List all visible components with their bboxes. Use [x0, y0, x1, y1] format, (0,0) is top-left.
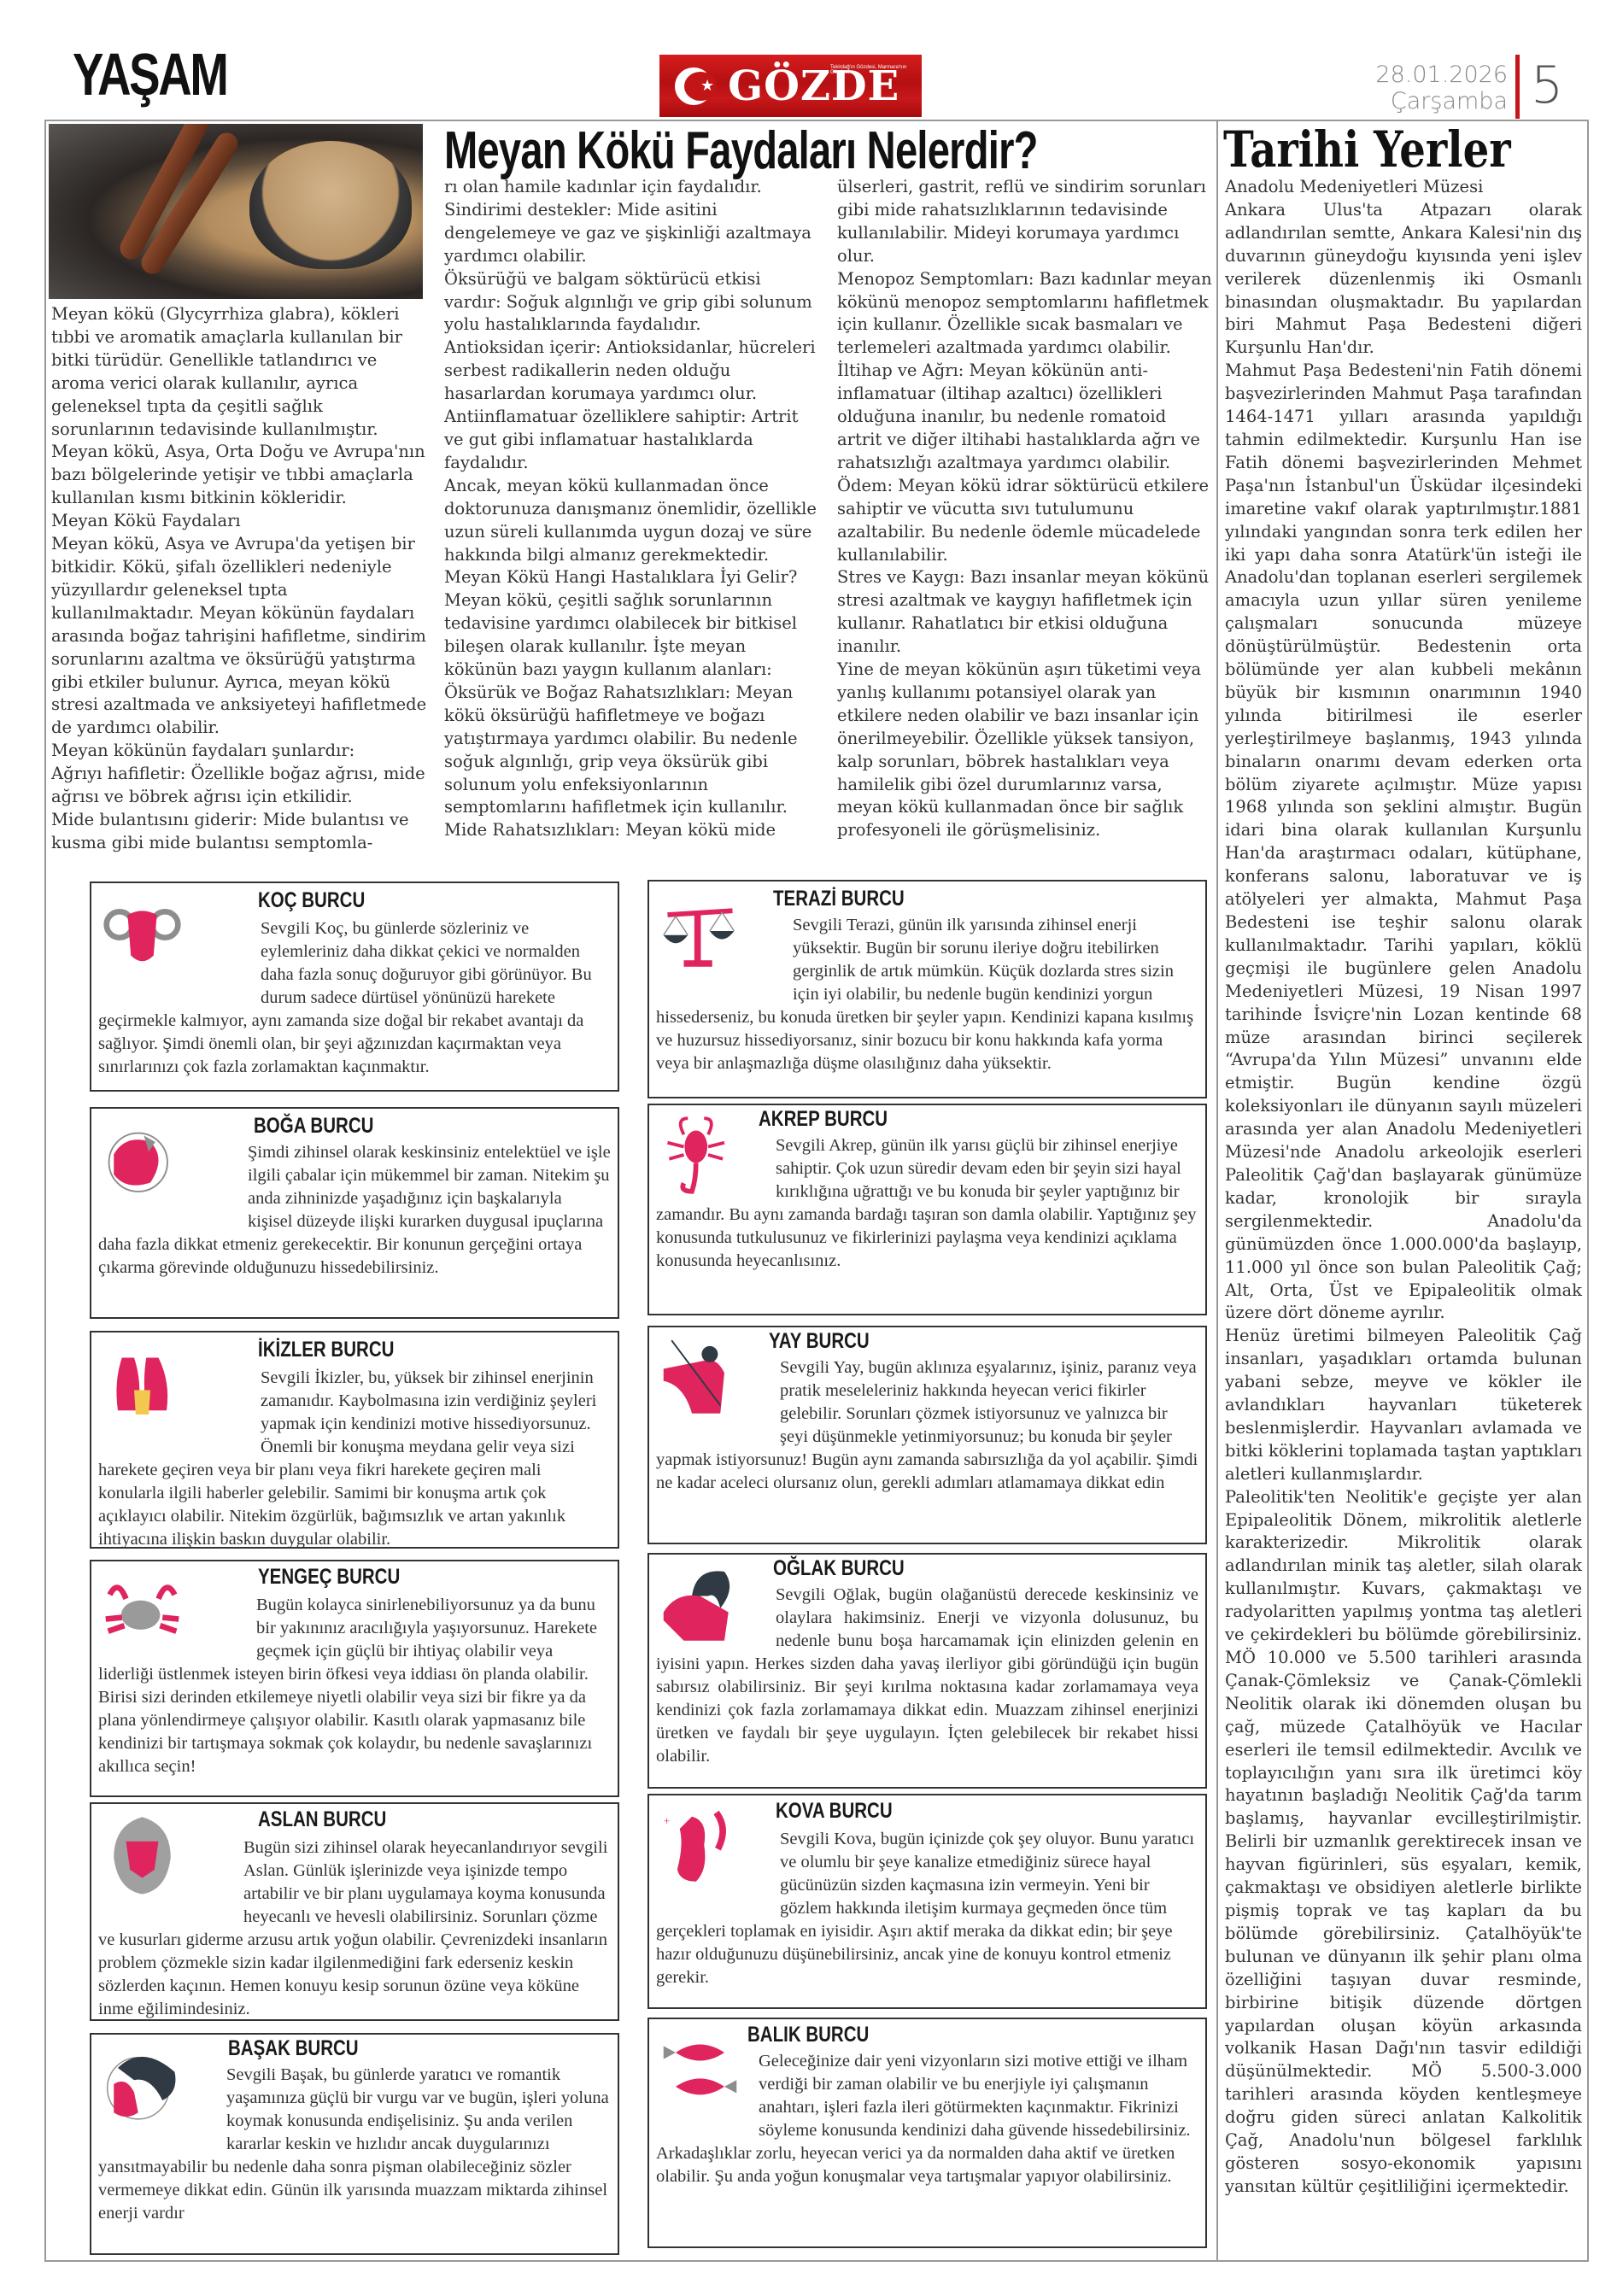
svg-text:+: + — [664, 1814, 671, 1827]
paragraph: Mide Rahatsızlıkları: Meyan kökü mide — [444, 819, 820, 842]
horoscope-title: KOÇ BURCU — [258, 888, 365, 913]
paragraph: Ancak, meyan kökü kullanmadan önce dokto… — [444, 475, 820, 567]
section-title: YAŞAM — [73, 44, 226, 104]
article-column-3: ülserleri, gastrit, reflü ve sindirim so… — [837, 176, 1213, 842]
horoscope-text: Sevgili Yay, bugün aklınıza eşyalarınız,… — [656, 1356, 1198, 1495]
horoscope-yengec: YENGEÇ BURCU Bugün kolayca sinirlenebili… — [90, 1560, 619, 1797]
paragraph: Meyan kökü, Asya ve Avrupa'da yetişen bi… — [51, 533, 427, 740]
horoscope-text: Geleceğinize dair yeni vizyonların sizi … — [656, 2050, 1198, 2188]
paragraph: Antioksidan içerir: Antioksidanlar, hücr… — [444, 337, 820, 406]
horoscope-terazi: TERAZİ BURCU Sevgili Terazi, günün ilk y… — [647, 880, 1207, 1098]
paragraph: Mide bulantısını giderir: Mide bulantısı… — [51, 809, 427, 855]
horoscope-oglak: OĞLAK BURCU Sevgili Oğlak, bugün olağanü… — [647, 1553, 1207, 1789]
page-number: 5 — [1531, 60, 1563, 111]
horoscope-title: KOVA BURCU — [776, 1799, 893, 1824]
paragraph: Yine de meyan kökünün aşırı tüketimi vey… — [837, 659, 1213, 842]
horoscope-text: Şimdi zihinsel olarak keskinsiniz entele… — [98, 1141, 611, 1280]
horoscope-akrep: AKREP BURCU Sevgili Akrep, günün ilk yar… — [647, 1104, 1207, 1315]
paragraph: Stres ve Kaygı: Bazı insanlar meyan kökü… — [837, 566, 1213, 659]
horoscope-title: İKİZLER BURCU — [258, 1338, 394, 1362]
paragraph: Meyan kökü, çeşitli sağlık sorunlarının … — [444, 589, 820, 682]
horoscope-ikizler: İKİZLER BURCU Sevgili İkizler, bu, yükse… — [90, 1331, 619, 1549]
horoscope-text: Sevgili Kova, bugün içinizde çok şey olu… — [656, 1828, 1198, 1989]
powder-bowl-icon — [249, 141, 412, 269]
horoscope-boga: BOĞA BURCU Şimdi zihinsel olarak keskins… — [90, 1107, 619, 1319]
horoscope-text: Bugün kolayca sinirlenebiliyorsunuz ya d… — [98, 1594, 611, 1778]
horoscope-yay: YAY BURCU Sevgili Yay, bugün aklınıza eş… — [647, 1326, 1207, 1544]
horoscope-text: Sevgili Akrep, günün ilk yarısı güçlü bi… — [656, 1134, 1198, 1273]
paragraph: Ödem: Meyan kökü idrar söktürücü etkiler… — [837, 475, 1213, 567]
horoscope-text: Sevgili İkizler, bu, yüksek bir zihinsel… — [98, 1367, 611, 1551]
horoscope-text: Sevgili Terazi, günün ilk yarısında zihi… — [656, 914, 1198, 1075]
subheading: Anadolu Medeniyetleri Müzesi — [1225, 176, 1582, 199]
issue-date: 28.01.2026 Çarşamba — [1375, 61, 1508, 114]
horoscope-title: ASLAN BURCU — [258, 1807, 386, 1832]
paragraph: rı olan hamile kadınlar için faydalıdır. — [444, 176, 820, 199]
article-column-2: rı olan hamile kadınlar için faydalıdır.… — [444, 176, 820, 842]
subheading: Meyan Kökü Hangi Hastalıklara İyi Gelir? — [444, 566, 820, 589]
paragraph: Meyan kökü (Glycyrrhiza glabra), kökleri… — [51, 303, 427, 510]
paragraph: Antiinflamatuar özelliklere sahiptir: Ar… — [444, 406, 820, 475]
side-headline: Tarihi Yerler — [1223, 125, 1511, 174]
horoscope-koc: KOÇ BURCU Sevgili Koç, bu günlerde sözle… — [90, 881, 619, 1092]
paragraph: Ağrıyı hafifletir: Özellikle boğaz ağrıs… — [51, 763, 427, 809]
paragraph: Ankara Ulus'ta Atpazarı olarak adlandırı… — [1225, 199, 1582, 360]
licorice-root-image — [49, 124, 423, 299]
paragraph: Öksürüğü ve balgam söktürücü etkisi vard… — [444, 268, 820, 337]
column-divider — [1216, 120, 1218, 2262]
horoscope-title: BALIK BURCU — [747, 2023, 869, 2047]
paragraph: Henüz üretimi bilmeyen Paleolitik Çağ in… — [1225, 1325, 1582, 1485]
subheading: Meyan Kökü Faydaları — [51, 510, 427, 533]
horoscope-title: TERAZİ BURCU — [773, 887, 905, 911]
horoscope-title: OĞLAK BURCU — [773, 1556, 905, 1581]
horoscope-title: YENGEÇ BURCU — [258, 1565, 400, 1590]
horoscope-text: Sevgili Koç, bu günlerde sözleriniz ve e… — [98, 917, 611, 1079]
date-value: 28.01.2026 — [1375, 61, 1508, 88]
horoscope-title: YAY BURCU — [769, 1329, 870, 1354]
newspaper-logo[interactable]: ★ GÖZDE Tekirdağ'ın Gözdesi, Marmara'nın… — [659, 55, 922, 117]
paragraph: Sindirimi destekler: Mide asitini dengel… — [444, 199, 820, 268]
paragraph: Öksürük ve Boğaz Rahatsızlıkları: Meyan … — [444, 682, 820, 819]
horoscope-text: Sevgili Başak, bu günlerde yaratıcı ve r… — [98, 2064, 611, 2225]
paragraph: Menopoz Semptomları: Bazı kadınlar meyan… — [837, 268, 1213, 360]
main-headline: Meyan Kökü Faydaları Nelerdir? — [444, 125, 1038, 178]
horoscope-kova: + KOVA BURCU Sevgili Kova, bugün içinizd… — [647, 1794, 1207, 2009]
horoscope-title: AKREP BURCU — [759, 1107, 888, 1132]
paragraph: ülserleri, gastrit, reflü ve sindirim so… — [837, 176, 1213, 268]
horoscope-text: Bugün sizi zihinsel olarak heyecanlandır… — [98, 1836, 611, 2021]
horoscope-text: Sevgili Oğlak, bugün olağanüstü derecede… — [656, 1584, 1198, 1768]
page-number-divider — [1515, 55, 1520, 119]
horoscope-balik: BALIK BURCU Geleceğinize dair yeni vizyo… — [647, 2018, 1207, 2248]
paragraph: İltihap ve Ağrı: Meyan kökünün anti-infl… — [837, 360, 1213, 475]
star-icon: ★ — [700, 77, 714, 95]
paragraph: Meyan kökünün faydaları şunlardır: — [51, 740, 427, 763]
logo-tagline: Tekirdağ'ın Gözdesi, Marmara'nın Gözdesi — [830, 65, 922, 75]
article-column-1: Meyan kökü (Glycyrrhiza glabra), kökleri… — [51, 303, 427, 855]
weekday-value: Çarşamba — [1375, 88, 1508, 114]
horoscope-aslan: ASLAN BURCU Bugün sizi zihinsel olarak h… — [90, 1802, 619, 2021]
horoscope-title: BOĞA BURCU — [254, 1114, 373, 1139]
paragraph: Mahmut Paşa Bedesteni'nin Fatih dönemi b… — [1225, 360, 1582, 1325]
horoscope-basak: BAŞAK BURCU Sevgili Başak, bu günlerde y… — [90, 2033, 619, 2255]
paragraph: Paleolitik'ten Neolitik'e geçişte yer al… — [1225, 1486, 1582, 2199]
horoscope-title: BAŞAK BURCU — [228, 2036, 359, 2061]
side-article-body: Anadolu Medeniyetleri Müzesi Ankara Ulus… — [1225, 176, 1582, 2199]
